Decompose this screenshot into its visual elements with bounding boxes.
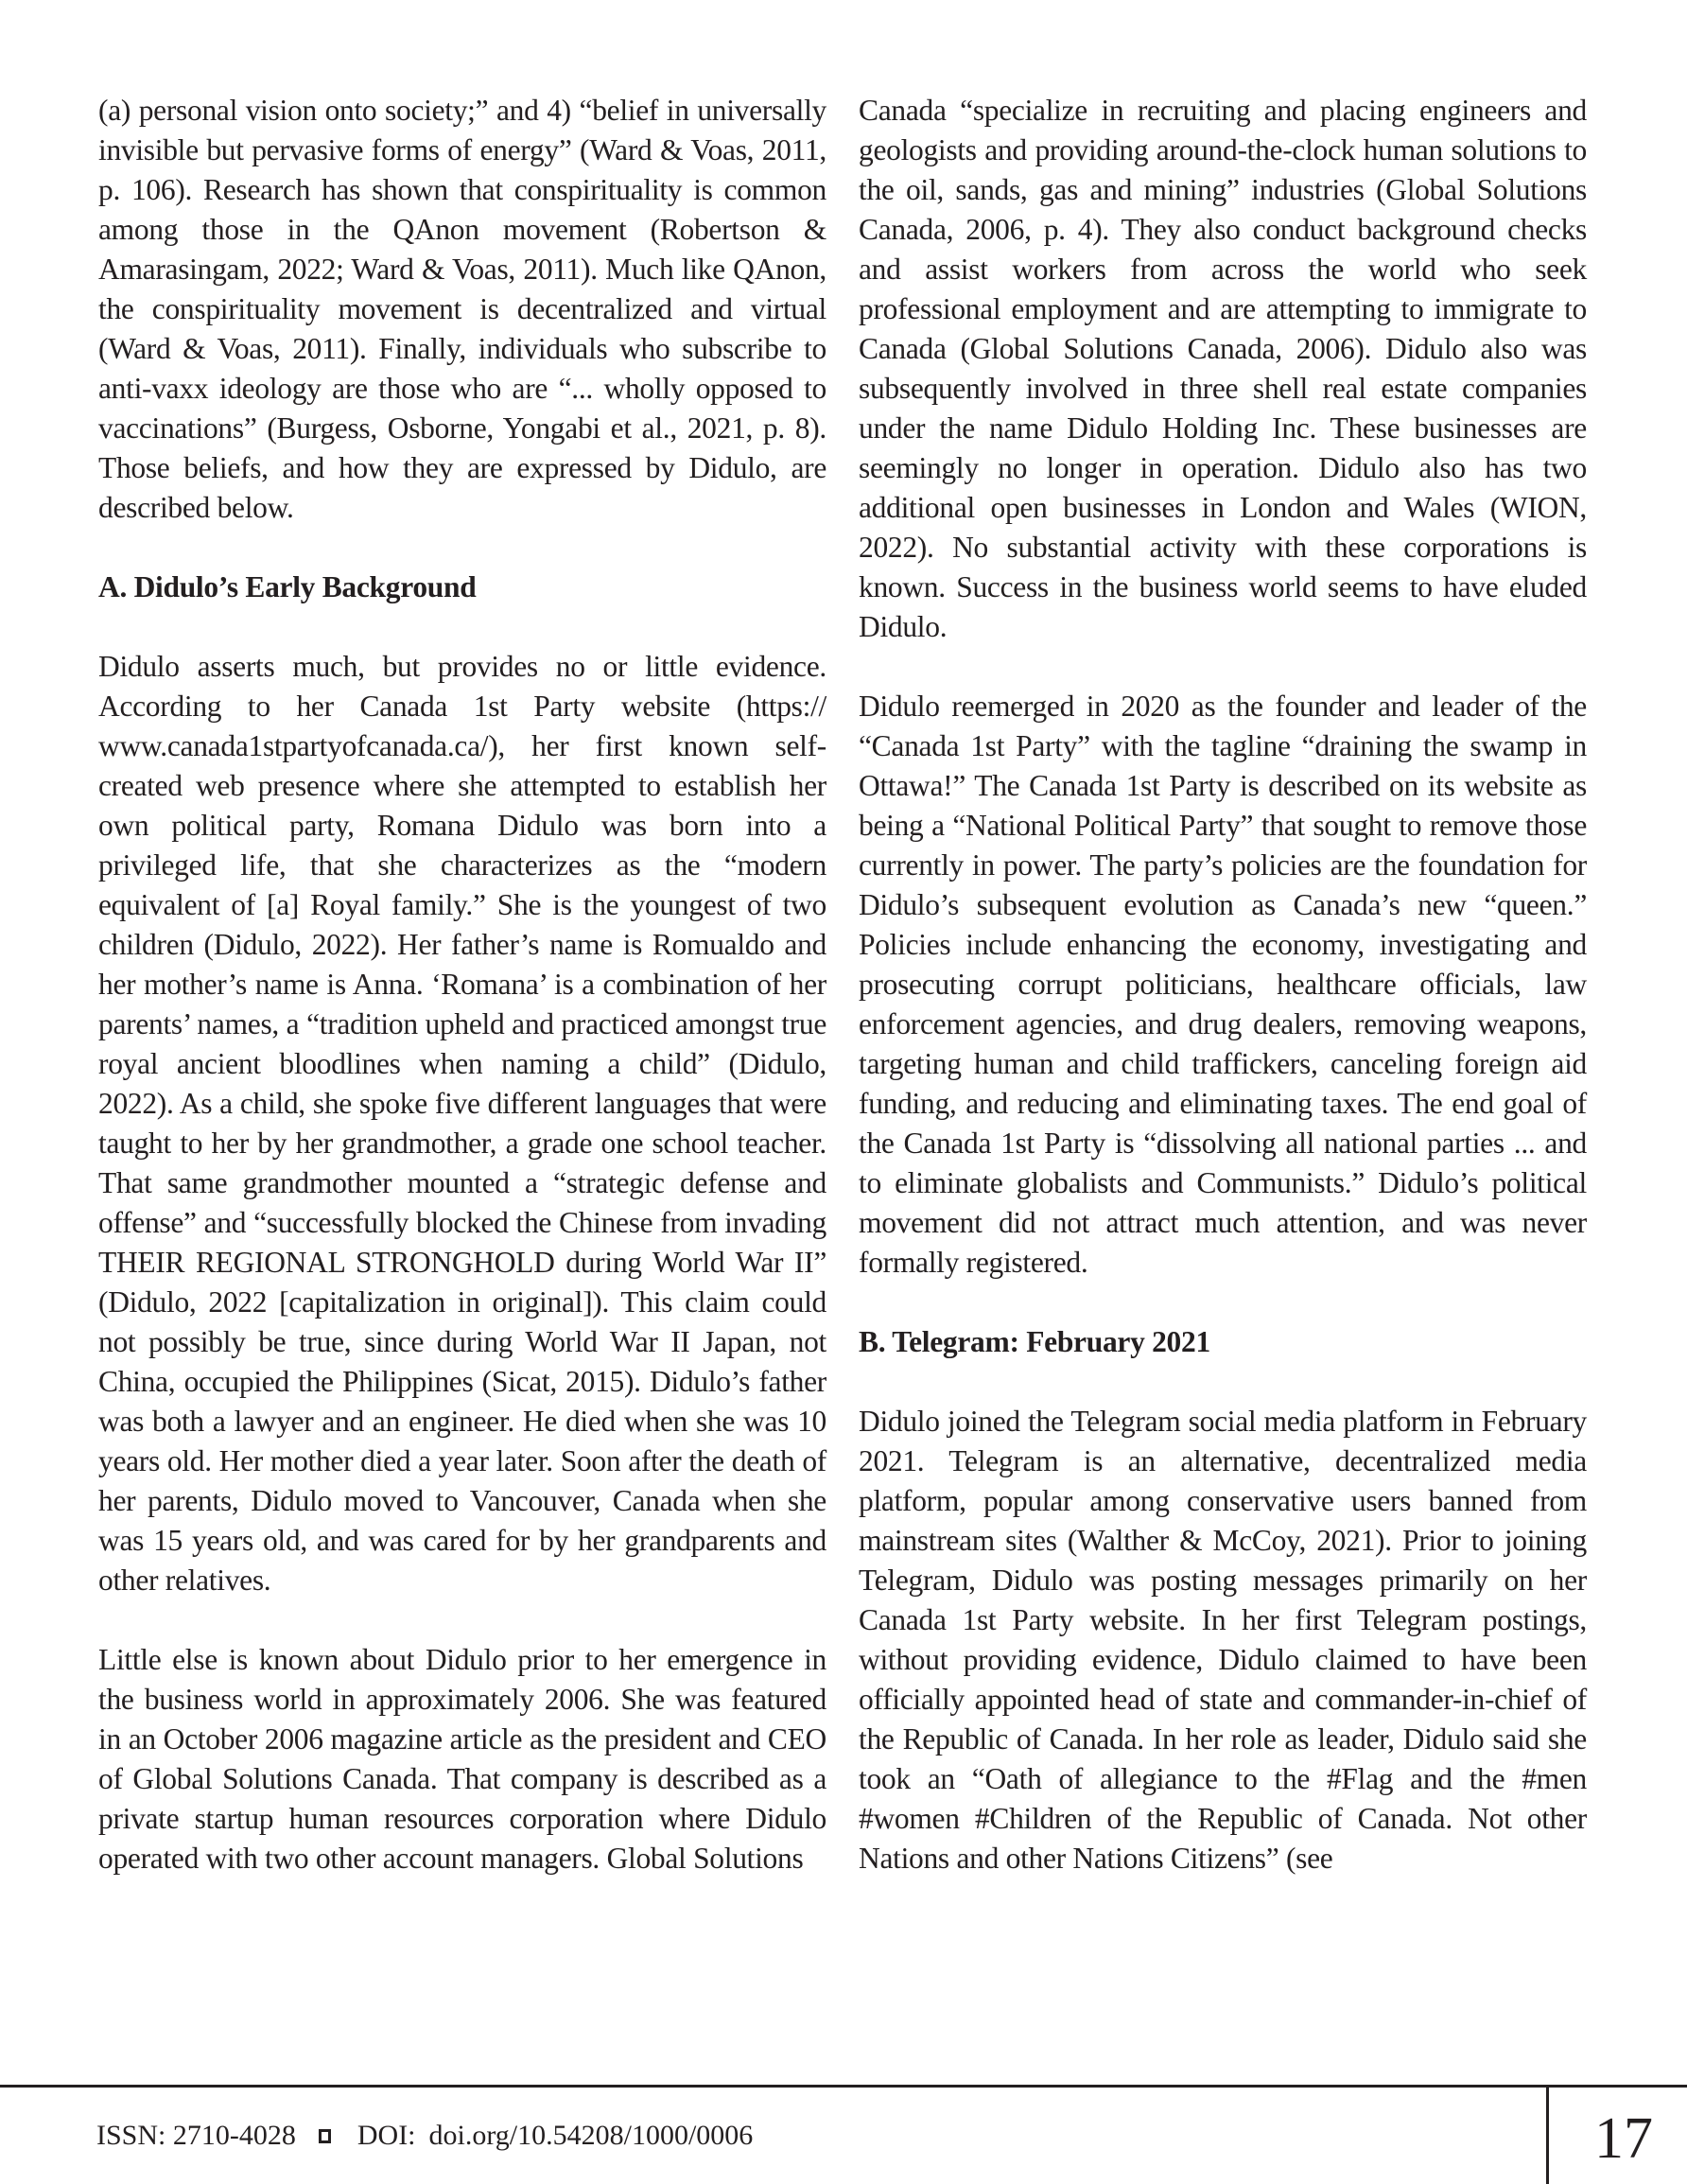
left-column: (a) personal vision onto society;” and 4…	[98, 91, 826, 1918]
footer-citation: ISSN: 2710-4028 DOI: doi.org/10.54208/10…	[96, 2117, 753, 2155]
section-a-paragraph-2: Little else is known about Didulo prior …	[98, 1640, 826, 1878]
continued-paragraph: Canada “specialize in recruiting and pla…	[859, 91, 1587, 647]
square-separator-icon	[319, 2129, 331, 2143]
section-b-paragraph: Didulo joined the Telegram social media …	[859, 1402, 1587, 1878]
section-a-heading: A. Didulo’s Early Background	[98, 568, 826, 607]
section-a-paragraph-1: Didulo asserts much, but provides no or …	[98, 647, 826, 1600]
section-b-heading: B. Telegram: February 2021	[859, 1322, 1587, 1362]
issn-text: ISSN: 2710-4028	[96, 2117, 296, 2155]
intro-paragraph: (a) personal vision onto society;” and 4…	[98, 91, 826, 528]
footer-divider	[1546, 2085, 1549, 2184]
footer-rule	[0, 2085, 1687, 2088]
right-column: Canada “specialize in recruiting and pla…	[859, 91, 1587, 1918]
page-number: 17	[1594, 2105, 1653, 2172]
doi-label: DOI:	[357, 2117, 416, 2155]
doi-link[interactable]: doi.org/10.54208/1000/0006	[429, 2117, 754, 2155]
reemergence-paragraph: Didulo reemerged in 2020 as the founder …	[859, 687, 1587, 1283]
